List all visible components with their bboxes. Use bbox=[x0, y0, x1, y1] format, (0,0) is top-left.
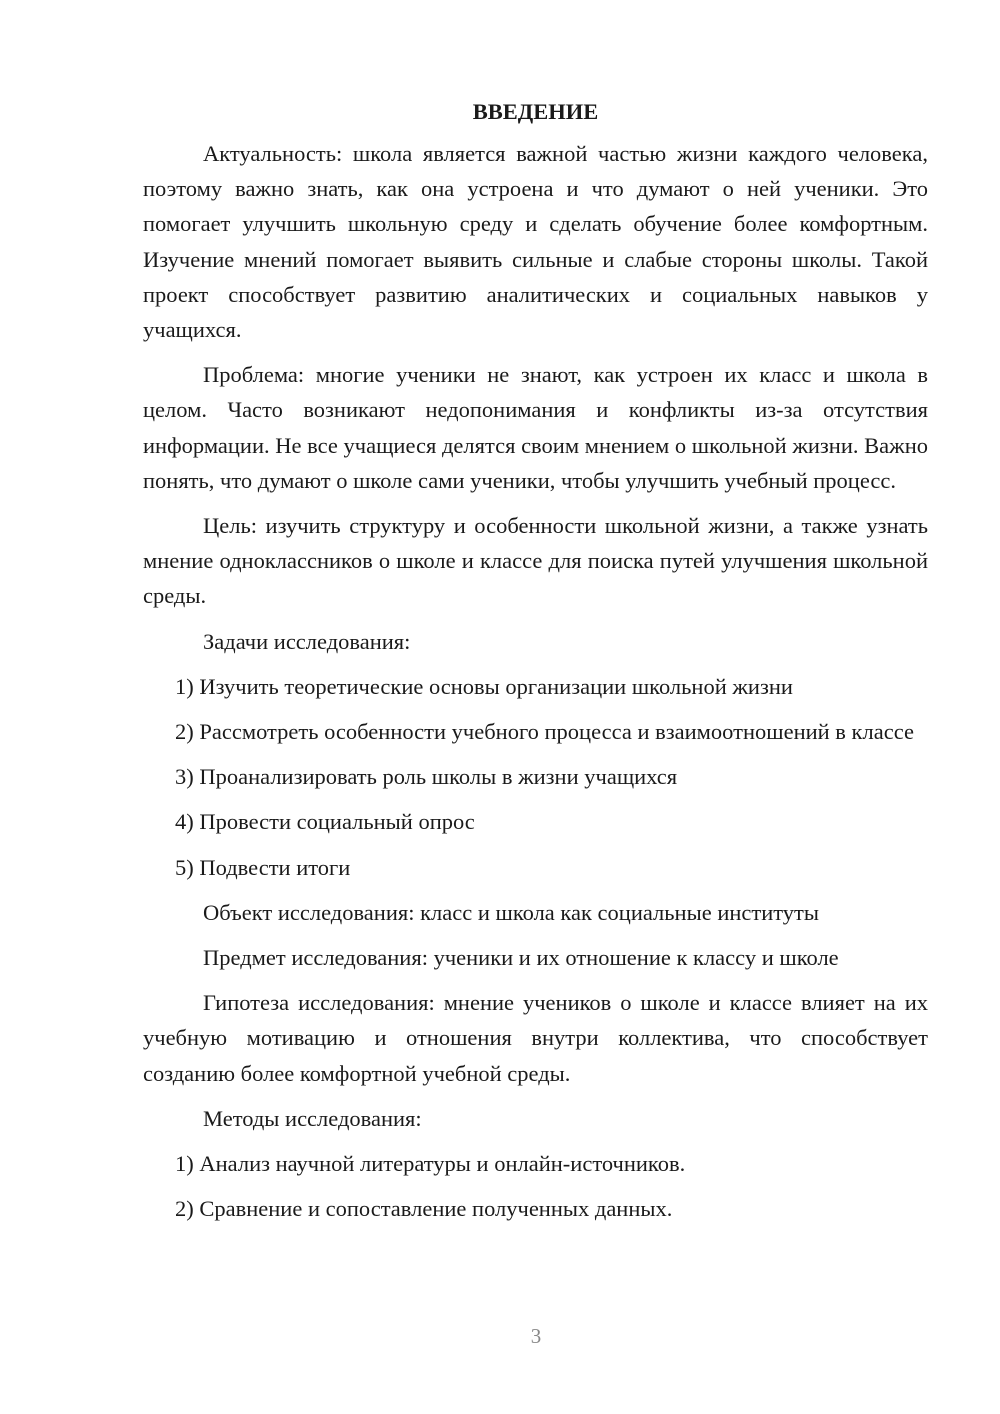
object-paragraph: Объект исследования: класс и школа как с… bbox=[143, 895, 928, 930]
method-item: 1) Анализ научной литературы и онлайн-ис… bbox=[143, 1146, 928, 1181]
relevance-paragraph: Актуальность: школа является важной част… bbox=[143, 136, 928, 347]
section-title: ВВЕДЕНИЕ bbox=[143, 94, 928, 126]
document-page: ВВЕДЕНИЕ Актуальность: школа является ва… bbox=[143, 94, 928, 1236]
task-item: 4) Провести социальный опрос bbox=[143, 804, 928, 839]
methods-heading: Методы исследования: bbox=[143, 1101, 928, 1136]
subject-paragraph: Предмет исследования: ученики и их отнош… bbox=[143, 940, 928, 975]
task-item: 1) Изучить теоретические основы организа… bbox=[143, 669, 928, 704]
method-item: 2) Сравнение и сопоставление полученных … bbox=[143, 1191, 928, 1226]
task-item: 2) Рассмотреть особенности учебного проц… bbox=[143, 714, 928, 749]
page-number: 3 bbox=[0, 1324, 1000, 1349]
hypothesis-paragraph: Гипотеза исследования: мнение учеников о… bbox=[143, 985, 928, 1091]
task-item: 5) Подвести итоги bbox=[143, 850, 928, 885]
tasks-heading: Задачи исследования: bbox=[143, 624, 928, 659]
goal-paragraph: Цель: изучить структуру и особенности шк… bbox=[143, 508, 928, 614]
problem-paragraph: Проблема: многие ученики не знают, как у… bbox=[143, 357, 928, 498]
task-item: 3) Проанализировать роль школы в жизни у… bbox=[143, 759, 928, 794]
